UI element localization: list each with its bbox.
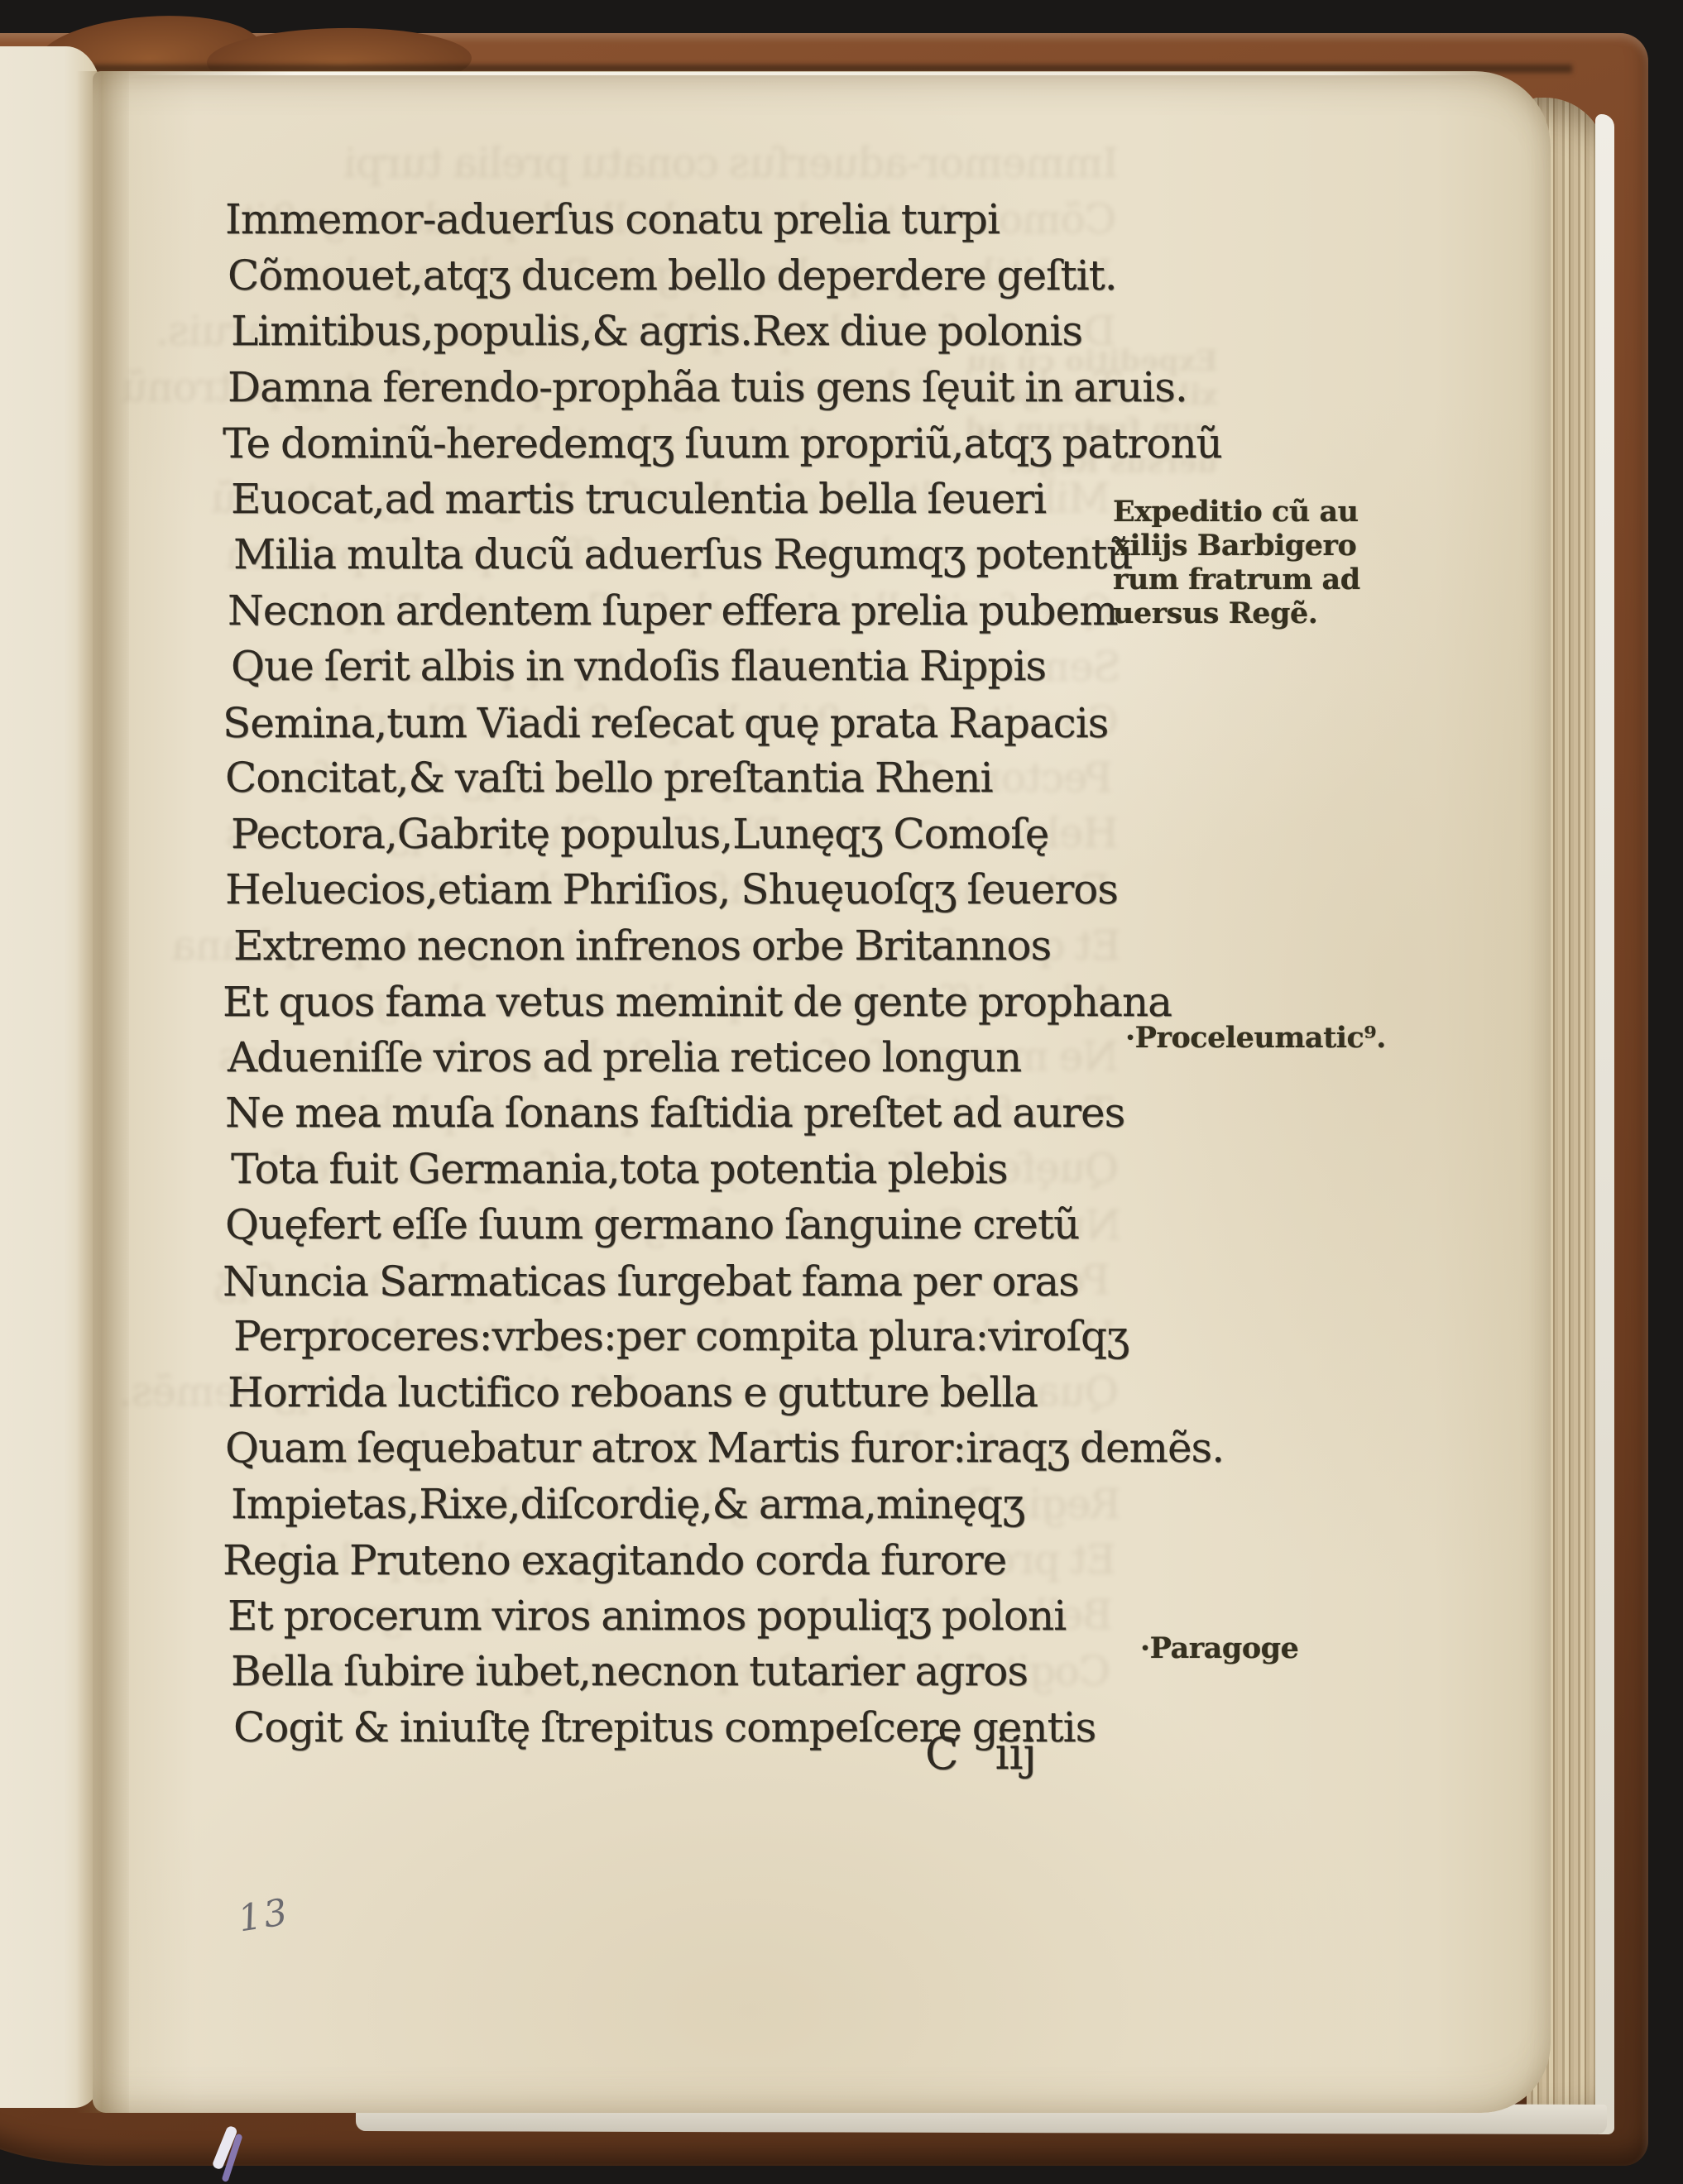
poem-line: Limitibus,populis,& agris.Rex diue polon… — [231, 304, 1141, 360]
poem-line: Necnon ardentem ſuper effera prelia pube… — [228, 583, 1138, 639]
endpaper-edge-right — [1595, 114, 1614, 2134]
margin-note-proceleumaticus: ·Proceleumatic⁹. — [1125, 1021, 1386, 1055]
signature-letter: C — [925, 1729, 959, 1779]
margin-note-paragoge: ·Paragoge — [1140, 1631, 1298, 1665]
margin-note-line: ·Proceleumatic⁹. — [1125, 1021, 1386, 1055]
poem-line: Heluecios,etiam Phriſios, Shuęuoſqʒ ſeue… — [225, 862, 1135, 918]
poem-line: Immemor-aduerſus conatu prelia turpi — [225, 192, 1135, 248]
poem-line: Horrida luctifico reboans e gutture bell… — [228, 1365, 1138, 1421]
margin-note-line: xilijs Barbigero — [1113, 529, 1360, 563]
poem-line: Nuncia Sarmaticas ſurgebat fama per oras — [223, 1254, 1133, 1310]
poem-line: Extremo necnon infrenos orbe Britannos — [233, 918, 1144, 975]
poem-line: Concitat,& vaſti bello preſtantia Rheni — [225, 750, 1135, 807]
poem-line: Adueniſſe viros ad prelia reticeo longun — [228, 1030, 1138, 1086]
poem-line: Bella ſubire iubet,necnon tutarier agros — [231, 1644, 1141, 1700]
poem-line: Et procerum viros animos populiqʒ poloni — [228, 1588, 1138, 1645]
gutter-shadow — [76, 71, 129, 2113]
signature-numeral: iij — [995, 1729, 1037, 1779]
poem-line: Ne mea muſa ſonans faſtidia preſtet ad a… — [225, 1085, 1135, 1142]
poem-line: Que ſerit albis in vndoſis flauentia Rip… — [231, 639, 1141, 695]
signature-mark: C iij — [925, 1729, 1037, 1779]
poem-line: Damna ferendo-prophãa tuis gens ſęuit in… — [228, 360, 1138, 416]
poem-line: Impietas,Rixe,diſcordię,& arma,minęqʒ — [231, 1477, 1141, 1533]
margin-note-line: rum fratrum ad — [1113, 563, 1360, 596]
poem-line: Semina,tum Viadi reſecat quę prata Rapac… — [223, 696, 1133, 752]
book-page: Immemor-aduerſus conatu prelia turpiCõmo… — [93, 71, 1551, 2113]
margin-note-line: Expeditio cũ au — [1113, 495, 1360, 529]
margin-note-expeditio: Expeditio cũ auxilijs Barbigerorum fratr… — [1113, 495, 1360, 630]
poem-line: Euocat,ad martis truculentia bella ſeuer… — [231, 472, 1141, 528]
margin-note-line: uersus Regẽ. — [1113, 596, 1360, 630]
book-photo: Immemor-aduerſus conatu prelia turpiCõmo… — [0, 0, 1683, 2184]
handwritten-page-number: 13 — [235, 1890, 292, 1940]
poem-line: Et quos fama vetus meminit de gente prop… — [223, 975, 1133, 1031]
poem-text: Immemor-aduerſus conatu prelia turpiCõmo… — [225, 192, 1135, 1755]
poem-line: Regia Pruteno exagitando corda furore — [223, 1533, 1133, 1589]
poem-line: Pectora,Gabritę populus,Lunęqʒ Comoſę — [231, 807, 1141, 863]
poem-line: Quęfert eſſe ſuum germano ſanguine cretũ — [225, 1197, 1135, 1253]
poem-line: Quam ſequebatur atrox Martis furor:iraqʒ… — [225, 1420, 1135, 1477]
poem-line: Tota fuit Germania,tota potentia plebis — [231, 1142, 1141, 1198]
poem-line: Cõmouet,atqʒ ducem bello deperdere geſti… — [228, 248, 1138, 304]
poem-line: Te dominũ-heredemqʒ ſuum propriũ,atqʒ pa… — [223, 416, 1133, 472]
bookmark-thread — [201, 2123, 258, 2184]
margin-note-line: ·Paragoge — [1140, 1631, 1298, 1665]
poem-line: Perproceres:vrbes:per compita plura:viro… — [233, 1309, 1144, 1365]
poem-line: Milia multa ducũ aduerſus Regumqʒ potent… — [233, 527, 1144, 583]
